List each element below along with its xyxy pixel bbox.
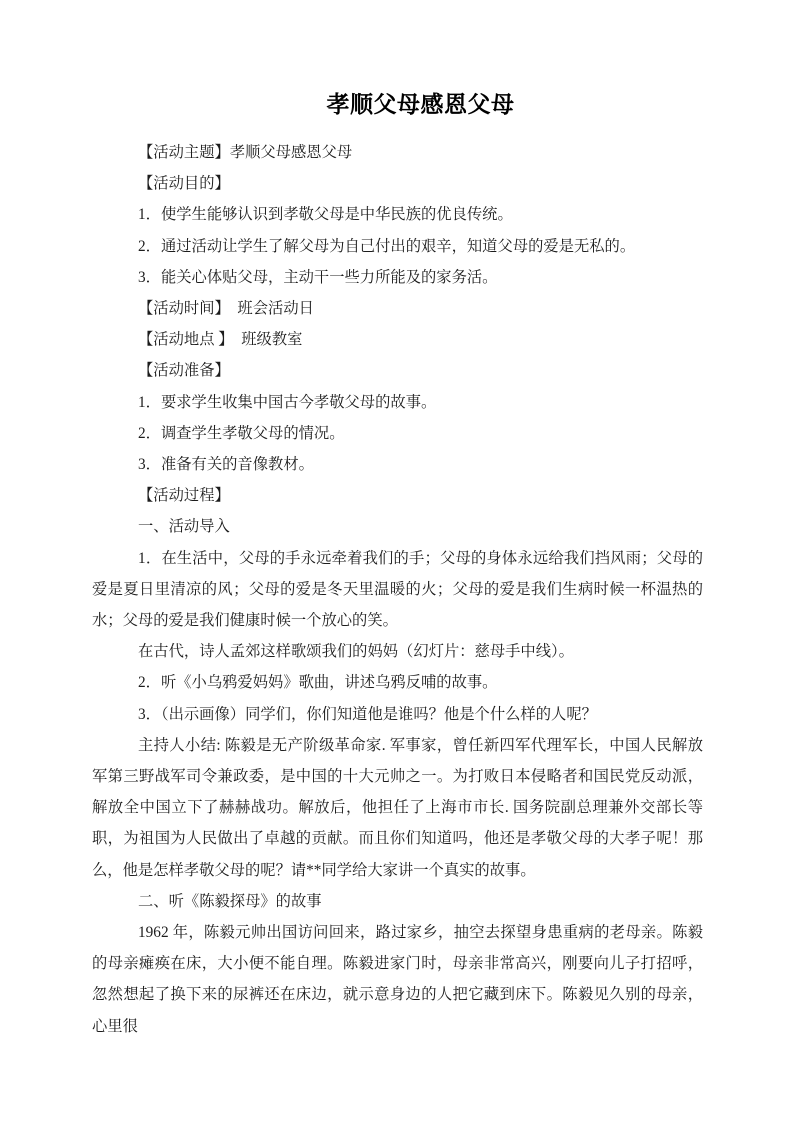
paragraph: 1962 年，陈毅元帅出国访问回来，路过家乡，抽空去探望身患重病的老母亲。陈毅的… (92, 917, 703, 1042)
paragraph: 3．能关心体贴父母，主动干一些力所能及的家务活。 (92, 262, 703, 293)
paragraph: 【活动主题】孝顺父母感恩父母 (92, 137, 703, 168)
paragraph: 3．（出示画像）同学们，你们知道他是谁吗？他是个什么样的人呢？ (92, 699, 703, 730)
paragraph: 2．通过活动让学生了解父母为自己付出的艰辛，知道父母的爱是无私的。 (92, 231, 703, 262)
paragraph: 一、活动导入 (92, 511, 703, 542)
document-page: 孝顺父母感恩父母 【活动主题】孝顺父母感恩父母【活动目的】1．使学生能够认识到孝… (0, 0, 793, 1122)
paragraph: 1．在生活中，父母的手永远牵着我们的手；父母的身体永远给我们挡风雨；父母的爱是夏… (92, 543, 703, 637)
document-body: 孝顺父母感恩父母 【活动主题】孝顺父母感恩父母【活动目的】1．使学生能够认识到孝… (92, 88, 703, 1042)
paragraph: 3．准备有关的音像教材。 (92, 449, 703, 480)
paragraph: 在古代，诗人孟郊这样歌颂我们的妈妈（幻灯片：慈母手中线）。 (92, 636, 703, 667)
paragraph: 二、听《陈毅探母》的故事 (92, 886, 703, 917)
paragraph: 1．使学生能够认识到孝敬父母是中华民族的优良传统。 (92, 199, 703, 230)
paragraph: 1．要求学生收集中国古今孝敬父母的故事。 (92, 387, 703, 418)
paragraph: 【活动过程】 (92, 480, 703, 511)
paragraph: 【活动目的】 (92, 168, 703, 199)
paragraph: 2．听《小乌鸦爱妈妈》歌曲，讲述乌鸦反哺的故事。 (92, 667, 703, 698)
paragraph: 【活动时间】 班会活动日 (92, 293, 703, 324)
paragraph: 【活动地点 】 班级教室 (92, 324, 703, 355)
paragraph: 【活动准备】 (92, 355, 703, 386)
paragraph: 2．调查学生孝敬父母的情况。 (92, 418, 703, 449)
document-title: 孝顺父母感恩父母 (92, 88, 703, 122)
paragraph-list: 【活动主题】孝顺父母感恩父母【活动目的】1．使学生能够认识到孝敬父母是中华民族的… (92, 137, 703, 1042)
paragraph: 主持人小结: 陈毅是无产阶级革命家. 军事家，曾任新四军代理军长，中国人民解放军… (92, 730, 703, 886)
